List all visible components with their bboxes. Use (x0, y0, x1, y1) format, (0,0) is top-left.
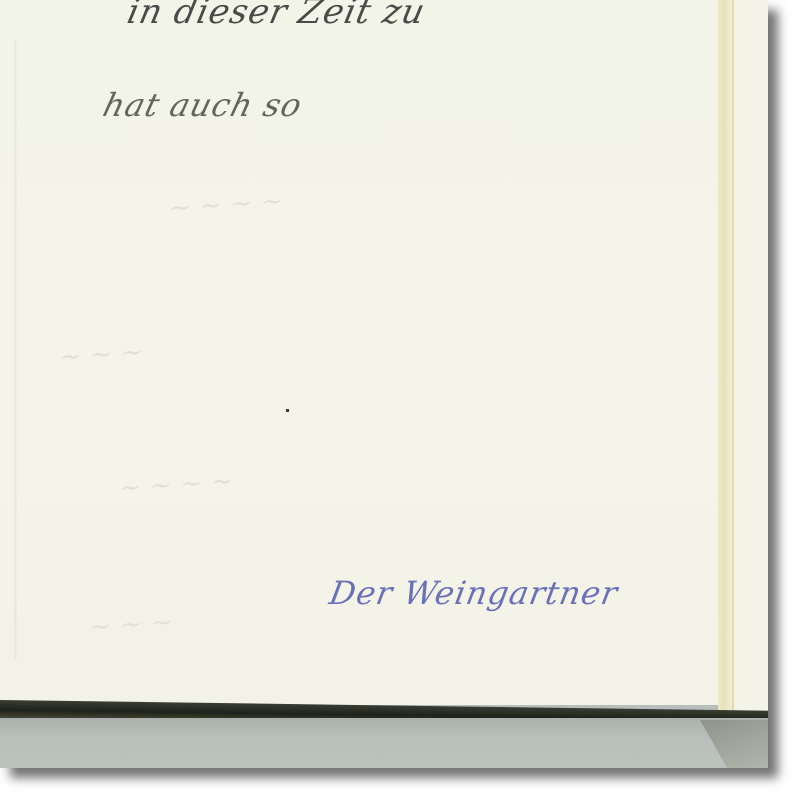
page-edge (14, 40, 17, 660)
bleed-through-text: ~ ~ ~ (85, 607, 176, 643)
bleed-through-text: ~ ~ ~ ~ (165, 186, 287, 224)
right-page-leaf (718, 0, 768, 712)
handwritten-line-1: in dieser Zeit zu (124, 0, 429, 32)
ink-dot (286, 409, 289, 412)
photo-frame: ~ ~ ~ ~ ~ ~ ~ ~ ~ ~ ~ ~ ~ ~ in dieser Ze… (0, 0, 768, 768)
bleed-through-text: ~ ~ ~ (55, 337, 146, 373)
table-surface (0, 718, 768, 768)
bleed-through-text: ~ ~ ~ ~ (115, 466, 237, 504)
notebook-page: ~ ~ ~ ~ ~ ~ ~ ~ ~ ~ ~ ~ ~ ~ in dieser Ze… (0, 0, 735, 705)
handwritten-line-2: hat auch so (99, 86, 306, 124)
binding-line (732, 0, 734, 712)
handwritten-signature: Der Weingartner (327, 574, 621, 612)
